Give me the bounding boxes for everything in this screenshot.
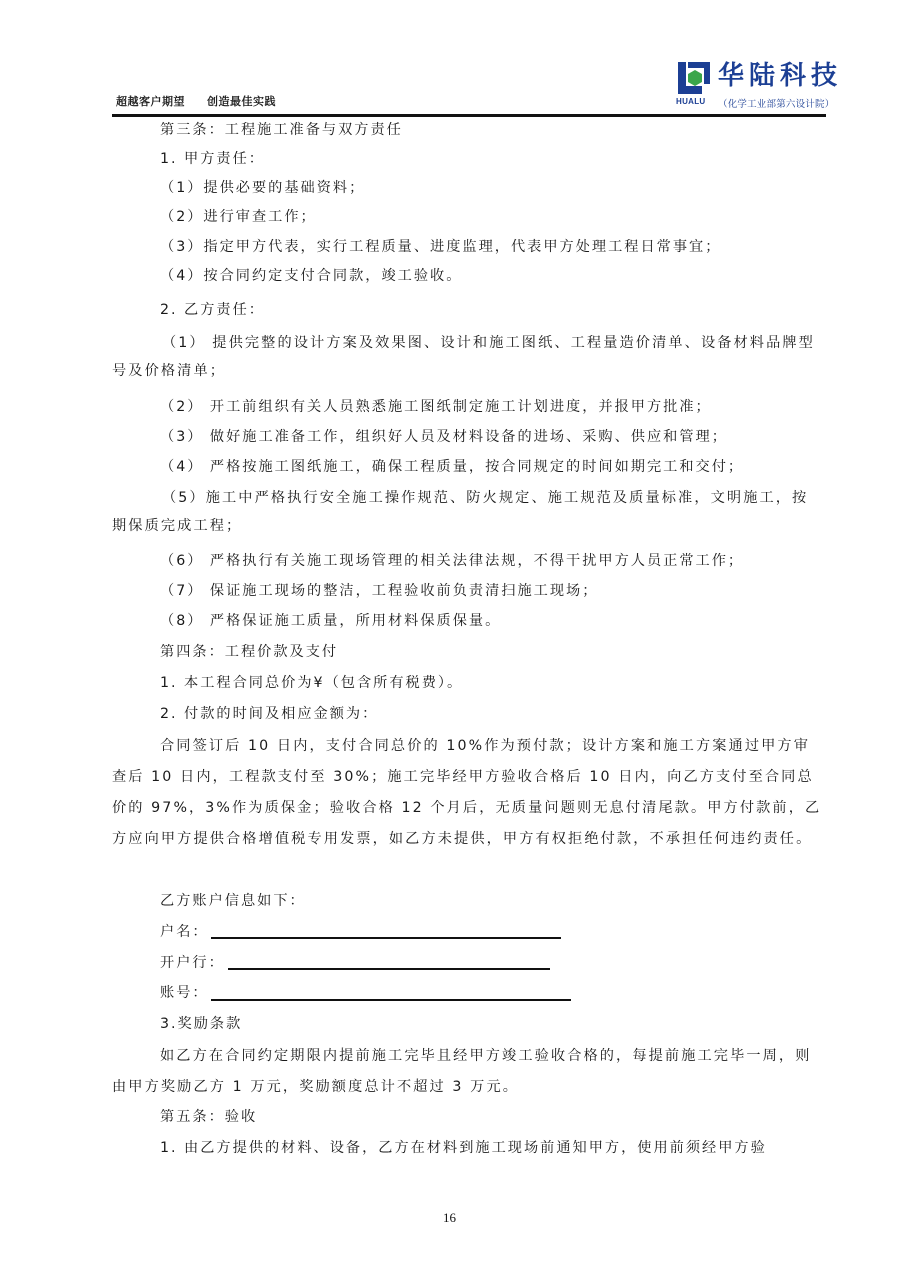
party-b-item-4: （4） 严格按施工图纸施工，确保工程质量，按合同规定的时间如期完工和交付； [160, 458, 744, 476]
party-a-item-1: （1）提供必要的基础资料； [160, 179, 365, 197]
party-b-title: 2. 乙方责任： [160, 301, 265, 319]
party-a-title: 1. 甲方责任： [160, 150, 265, 168]
account-number-field[interactable] [211, 999, 571, 1001]
article-4-item-2: 2. 付款的时间及相应金额为： [160, 705, 378, 723]
article-4-item-1: 1. 本工程合同总价为¥（包含所有税费）。 [160, 674, 463, 692]
party-b-item-3: （3） 做好施工准备工作，组织好人员及材料设备的进场、采购、供应和管理； [160, 428, 728, 446]
bonus-title: 3.奖励条款 [160, 1015, 242, 1033]
header-slogan: 超越客户期望创造最佳实践 [116, 93, 276, 109]
header-divider [112, 114, 826, 117]
article-4-title: 第四条：工程价款及支付 [160, 643, 338, 661]
account-name-field[interactable] [211, 937, 561, 939]
party-a-item-2: （2）进行审查工作； [160, 208, 317, 226]
logo-subtitle: （化学工业部第六设计院） [718, 96, 834, 110]
article-5-item-1: 1. 由乙方提供的材料、设备，乙方在材料到施工现场前通知甲方，使用前须经甲方验 [160, 1139, 767, 1157]
party-a-item-4: （4）按合同约定支付合同款，竣工验收。 [160, 267, 462, 285]
bank-field[interactable] [228, 968, 550, 970]
slogan-part-2: 创造最佳实践 [207, 95, 276, 108]
slogan-part-1: 超越客户期望 [116, 95, 185, 108]
article-3-title: 第三条：工程施工准备与双方责任 [160, 121, 403, 139]
company-logo: HUALU 华陆科技 （化学工业部第六设计院） [676, 60, 836, 110]
party-b-item-2: （2） 开工前组织有关人员熟悉施工图纸制定施工计划进度，并报甲方批准； [160, 398, 712, 416]
hualu-logo-icon [676, 60, 712, 96]
account-intro: 乙方账户信息如下： [160, 892, 306, 910]
bank-label: 开户行： [160, 954, 225, 972]
payment-paragraph: 合同签订后 10 日内，支付合同总价的 10%作为预付款；设计方案和施工方案通过… [112, 731, 826, 855]
account-number-label: 账号： [160, 984, 209, 1002]
party-b-item-8: （8） 严格保证施工质量，所用材料保质保量。 [160, 612, 501, 630]
bonus-paragraph: 如乙方在合同约定期限内提前施工完毕且经甲方竣工验收合格的，每提前施工完毕一周，则… [112, 1041, 826, 1103]
article-5-title: 第五条：验收 [160, 1108, 257, 1126]
party-b-item-6: （6） 严格执行有关施工现场管理的相关法律法规，不得干扰甲方人员正常工作； [160, 552, 744, 570]
page-number: 16 [443, 1210, 456, 1226]
account-name-label: 户名： [160, 923, 209, 941]
party-b-item-7: （7） 保证施工现场的整洁，工程验收前负责清扫施工现场； [160, 582, 598, 600]
party-a-item-3: （3）指定甲方代表，实行工程质量、进度监理，代表甲方处理工程日常事宜； [160, 238, 721, 256]
logo-company-name: 华陆科技 [718, 60, 842, 92]
logo-latin-text: HUALU [676, 97, 706, 106]
party-b-item-1: （1） 提供完整的设计方案及效果图、设计和施工图纸、工程量造价清单、设备材料品牌… [112, 329, 824, 385]
party-b-item-5: （5）施工中严格执行安全施工操作规范、防火规定、施工规范及质量标准，文明施工，按… [112, 484, 824, 540]
